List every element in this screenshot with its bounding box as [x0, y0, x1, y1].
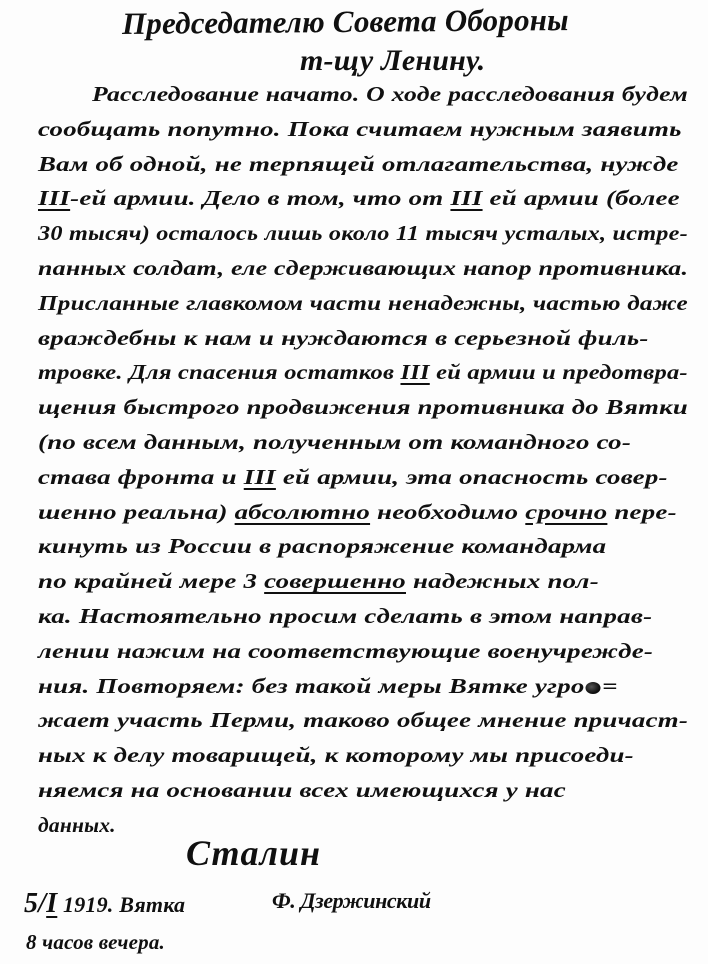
text-segment: пере-: [607, 500, 676, 524]
body-line: по крайней мере 3 совершенно надежных по…: [38, 569, 599, 594]
underlined-word: совершенно: [264, 569, 406, 593]
text-segment: жает участь Перми, таково общее мнение п…: [38, 708, 688, 732]
ink-seal-mark: [586, 682, 601, 694]
body-line: ния. Повторяем: без такой меры Вятке угр…: [38, 674, 618, 699]
text-segment: ей армии, эта опасность совер-: [276, 465, 668, 489]
text-segment: ка. Настоятельно просим сделать в этом н…: [38, 604, 652, 628]
text-segment: кинуть из России в распоряжение командар…: [38, 534, 606, 558]
text-segment: враждебны к нам и нуждаются в серьезной …: [38, 326, 649, 350]
body-line: сообщать попутно. Пока считаем нужным за…: [38, 117, 682, 142]
body-line: Вам об одной, не терпящей отлагательства…: [38, 152, 679, 177]
body-line: шенно реальна) абсолютно необходимо сроч…: [38, 500, 677, 525]
text-segment: няемся на основании всех имеющихся у нас: [38, 778, 566, 802]
body-line: жает участь Перми, таково общее мнение п…: [38, 708, 688, 733]
body-line: (по всем данным, полученным от командног…: [38, 430, 631, 455]
body-line: данных.: [38, 813, 116, 838]
signature-dzerzhinsky: Ф. Дзержинский: [272, 888, 431, 914]
underlined-word: III: [450, 186, 482, 210]
underlined-word: абсолютно: [235, 500, 370, 524]
body-line: ка. Настоятельно просим сделать в этом н…: [38, 604, 652, 629]
text-segment: -ей армии. Дело в том, что от: [70, 186, 450, 210]
text-segment: =: [602, 674, 618, 698]
body-line: III-ей армии. Дело в том, что от III ей …: [38, 186, 680, 211]
text-segment: Вам об одной, не терпящей отлагательства…: [38, 152, 679, 176]
body-line: става фронта и III ей армии, эта опаснос…: [38, 465, 668, 490]
text-segment: ных к делу товарищей, к которому мы прис…: [38, 743, 634, 767]
underlined-word: III: [400, 360, 429, 384]
underlined-word: срочно: [525, 500, 607, 524]
document-page: Председателю Совета Обороны т-щу Ленину.…: [0, 0, 708, 964]
date-month: I: [46, 888, 57, 919]
text-segment: по крайней мере 3: [38, 569, 264, 593]
signature-stalin: Сталин: [186, 832, 321, 874]
body-line: кинуть из России в распоряжение командар…: [38, 534, 606, 559]
time-note: 8 часов вечера.: [26, 930, 165, 955]
text-segment: надежных пол-: [406, 569, 599, 593]
body-line: щения быстрого продвижения противника до…: [38, 395, 688, 420]
body-line: ных к делу товарищей, к которому мы прис…: [38, 743, 634, 768]
body-line: няемся на основании всех имеющихся у нас: [38, 778, 566, 803]
header-addressee-name: т-щу Ленину.: [300, 44, 485, 78]
body-line: 30 тысяч) осталось лишь около 11 тысяч у…: [38, 221, 688, 246]
text-segment: лении нажим на соответствующие военучреж…: [38, 639, 653, 663]
body-line: тровке. Для спасения остатков III ей арм…: [38, 360, 688, 385]
body-line: Присланные главкомом части ненадежны, ча…: [38, 291, 688, 316]
text-segment: 30 тысяч) осталось лишь около 11 тысяч у…: [38, 221, 688, 245]
underlined-word: III: [244, 465, 276, 489]
body-line: панных солдат, еле сдерживающих напор пр…: [38, 256, 688, 281]
text-segment: става фронта и: [38, 465, 244, 489]
header-addressee-title: Председателю Совета Обороны: [122, 2, 569, 42]
body-line: лении нажим на соответствующие военучреж…: [38, 639, 653, 664]
date-year-place: 1919. Вятка: [63, 892, 185, 917]
text-segment: необходимо: [370, 500, 525, 524]
text-segment: Присланные главкомом части ненадежны, ча…: [38, 291, 688, 315]
text-segment: сообщать попутно. Пока считаем нужным за…: [38, 117, 682, 141]
text-segment: ей армии и предотвра-: [430, 360, 688, 384]
text-segment: шенно реальна): [38, 500, 235, 524]
date-day: 5: [24, 888, 38, 919]
text-segment: панных солдат, еле сдерживающих напор пр…: [38, 256, 688, 280]
body-line: Расследование начато. О ходе расследован…: [92, 82, 688, 107]
text-segment: ей армии (более: [483, 186, 680, 210]
text-segment: щения быстрого продвижения противника до…: [38, 395, 688, 419]
date-place: 5/I 1919. Вятка: [24, 888, 185, 920]
text-segment: данных.: [38, 813, 116, 837]
underlined-word: III: [38, 186, 70, 210]
text-segment: (по всем данным, полученным от командног…: [38, 430, 631, 454]
body-line: враждебны к нам и нуждаются в серьезной …: [38, 326, 649, 351]
text-segment: тровке. Для спасения остатков: [38, 360, 400, 384]
text-segment: Расследование начато. О ходе расследован…: [92, 82, 688, 106]
text-segment: ния. Повторяем: без такой меры Вятке угр…: [38, 674, 585, 698]
